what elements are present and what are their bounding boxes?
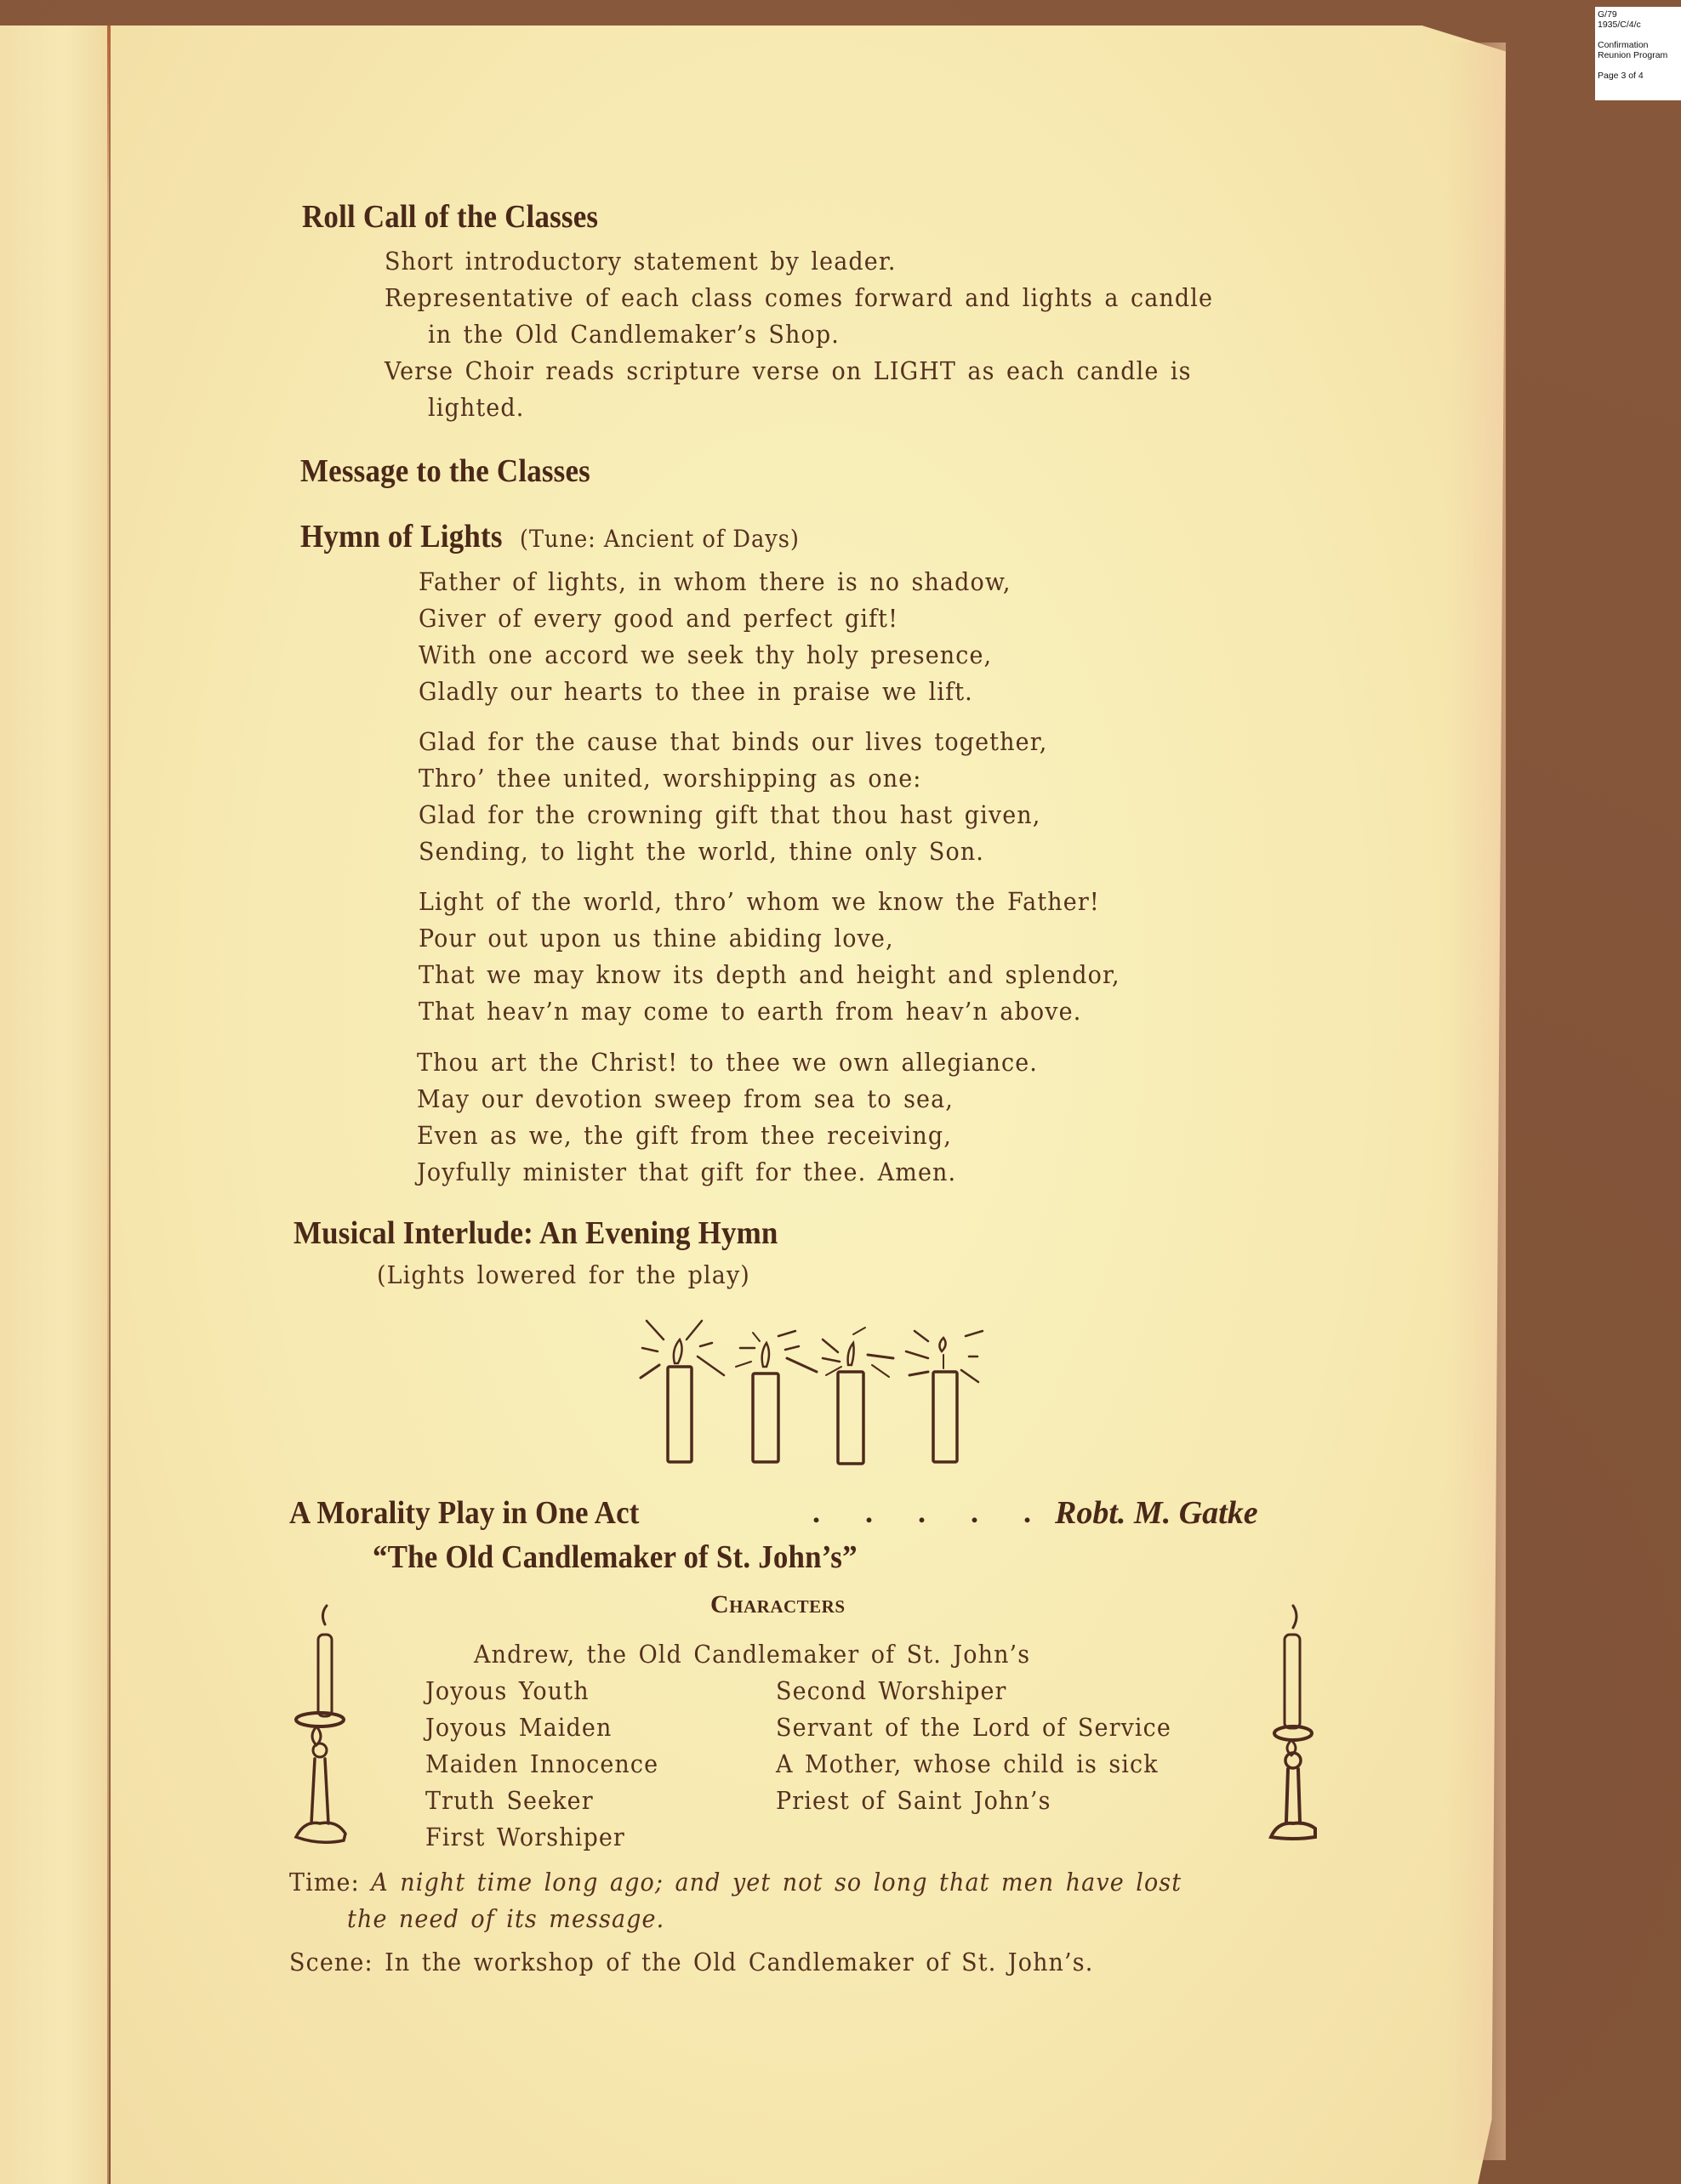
scene-line: Scene: In the workshop of the Old Candle… (289, 1948, 1093, 1976)
roll-call-line: lighted. (428, 393, 524, 422)
play-heading: A Morality Play in One Act (289, 1494, 640, 1532)
dot-leader: . . . . . (812, 1494, 1050, 1530)
hymn-line: Pour out upon us thine abiding love, (419, 924, 894, 953)
hymn-line: That heav’n may come to earth from heav’… (419, 997, 1081, 1026)
roll-call-line: in the Old Candlemaker’s Shop. (428, 320, 840, 349)
hymn-tune: (Tune: Ancient of Days) (520, 525, 800, 553)
character-right: Priest of Saint John’s (776, 1786, 1051, 1815)
interlude-note: (Lights lowered for the play) (377, 1260, 750, 1289)
hymn-title: Hymn of Lights (300, 519, 503, 555)
four-lit-candles-icon (625, 1305, 991, 1467)
character-left: First Worshiper (425, 1823, 625, 1851)
hymn-line: Thou art the Christ! to thee we own alle… (417, 1048, 1038, 1077)
hymn-line: Joyfully minister that gift for thee. Am… (417, 1157, 956, 1186)
play-title: “The Old Candlemaker of St. John’s” (373, 1538, 858, 1576)
candlestick-left-icon (282, 1601, 368, 1847)
candlestick-right-icon (1249, 1599, 1334, 1846)
hymn-line: Father of lights, in whom there is no sh… (419, 567, 1011, 596)
scene-text: In the workshop of the Old Candlemaker o… (385, 1948, 1093, 1976)
character-right: Servant of the Lord of Service (776, 1713, 1171, 1742)
hymn-line: Gladly our hearts to thee in praise we l… (419, 677, 973, 706)
roll-call-line: Short introductory statement by leader. (385, 247, 897, 276)
time-label: Time: (289, 1868, 360, 1897)
character-right: Second Worshiper (776, 1676, 1007, 1705)
character-left: Maiden Innocence (425, 1749, 658, 1778)
character-right: A Mother, whose child is sick (776, 1749, 1159, 1778)
character-left: Truth Seeker (425, 1786, 594, 1815)
message-heading: Message to the Classes (300, 452, 590, 490)
roll-call-line: Verse Choir reads scripture verse on LIG… (385, 356, 1192, 385)
time-text: A night time long ago; and yet not so lo… (371, 1868, 1182, 1897)
roll-call-line: Representative of each class comes forwa… (385, 283, 1213, 312)
character-left: Joyous Maiden (425, 1713, 612, 1742)
interlude-heading: Musical Interlude: An Evening Hymn (293, 1214, 778, 1252)
hymn-line: May our devotion sweep from sea to sea, (417, 1084, 954, 1113)
hymn-line: Sending, to light the world, thine only … (419, 837, 984, 866)
hymn-line: Even as we, the gift from thee receiving… (417, 1121, 952, 1150)
lead-character: Andrew, the Old Candlemaker of St. John’… (474, 1640, 1030, 1669)
program-content: Roll Call of the Classes Short introduct… (0, 0, 1681, 2184)
hymn-heading: Hymn of Lights(Tune: Ancient of Days) (300, 518, 800, 555)
hymn-line: Glad for the crowning gift that thou has… (419, 800, 1040, 829)
characters-heading: Characters (710, 1590, 846, 1619)
play-author: Robt. M. Gatke (1055, 1494, 1258, 1532)
hymn-line: Thro’ thee united, worshipping as one: (419, 764, 921, 793)
hymn-line: That we may know its depth and height an… (419, 960, 1120, 989)
scene-label: Scene: (289, 1948, 373, 1976)
roll-call-heading: Roll Call of the Classes (302, 198, 598, 236)
time-line: Time: A night time long ago; and yet not… (289, 1868, 1182, 1897)
time-text-cont: the need of its message. (347, 1904, 664, 1933)
hymn-line: Glad for the cause that binds our lives … (419, 727, 1047, 756)
hymn-line: Giver of every good and perfect gift! (419, 604, 898, 633)
hymn-line: With one accord we seek thy holy presenc… (419, 640, 992, 669)
hymn-line: Light of the world, thro’ whom we know t… (419, 887, 1100, 916)
character-left: Joyous Youth (425, 1676, 590, 1705)
